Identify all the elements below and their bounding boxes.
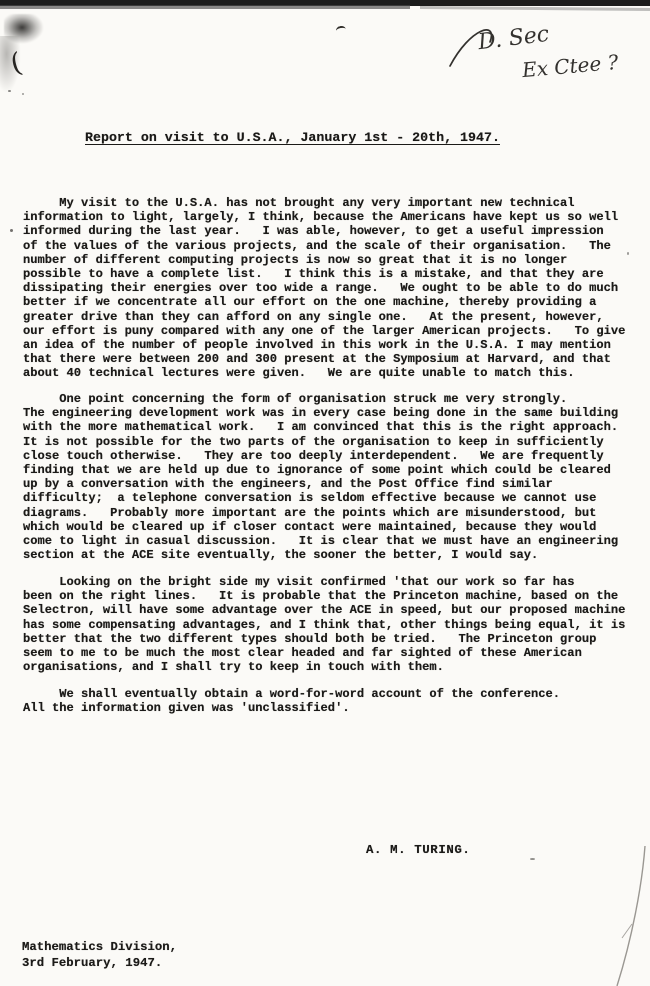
paragraph-2: One point concerning the form of organis… (23, 392, 618, 562)
paragraph-4: We shall eventually obtain a word-for-wo… (23, 687, 560, 715)
scanned-page: ( D. Sec Ex Ctee ? Report on visit to U.… (0, 0, 650, 986)
signature: A. M. TURING. (366, 843, 470, 857)
footer-date: 3rd February, 1947. (22, 956, 162, 970)
paragraph-1: My visit to the U.S.A. has not brought a… (23, 196, 625, 381)
small-squiggle-artifact (335, 25, 346, 35)
speck-artifact (22, 93, 24, 95)
report-title: Report on visit to U.S.A., January 1st -… (85, 129, 500, 146)
scan-edge-band-mid (0, 5, 410, 9)
footer-division: Mathematics Division, (22, 940, 177, 954)
speck-artifact (10, 229, 13, 232)
speck-artifact (530, 858, 535, 860)
speck-artifact (8, 90, 11, 92)
paragraph-3: Looking on the bright side my visit conf… (23, 575, 625, 674)
speck-artifact (627, 252, 629, 255)
crease-line-artifact (598, 838, 650, 986)
scan-edge-band-light (420, 6, 650, 11)
handwritten-note-line2: Ex Ctee ? (521, 50, 619, 82)
